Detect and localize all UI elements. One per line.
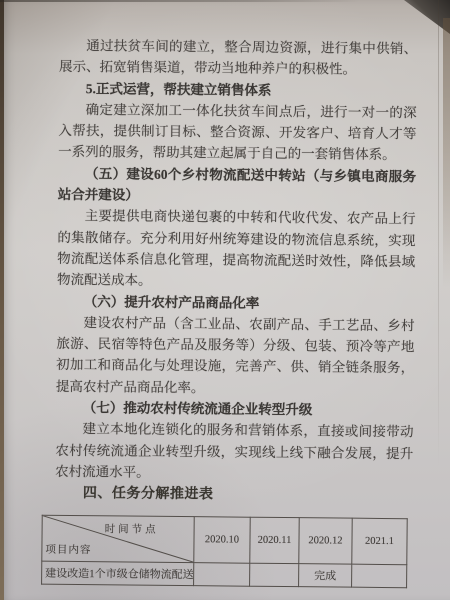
body-paragraph: 通过扶贫车间的建立，整合周边资源，进行集中供销、展示、拓宽销售渠道，带动当地种养… <box>59 35 417 81</box>
corner-label-project-content: 项目内容 <box>45 541 91 556</box>
task-schedule-table: 时间节点 项目内容 2020.10 2020.11 2020.12 2021.1… <box>41 514 408 588</box>
table-corner-cell: 时间节点 项目内容 <box>42 515 194 562</box>
subsection-heading: （五）建设60个乡村物流配送中转站（与乡镇电商服务站合并建设） <box>58 163 416 209</box>
section-heading: 四、任务分解推进表 <box>55 483 413 508</box>
body-paragraph: 确定建立深加工一体化扶贫车间点后，进行一对一的深入帮扶，提供制订目标、整合资源、… <box>58 99 417 166</box>
document-content: 通过扶贫车间的建立，整合周边资源，进行集中供销、展示、拓宽销售渠道，带动当地种养… <box>0 0 450 588</box>
body-paragraph: 建立本地化连锁化的服务和营销体系，直接或间接带动农村传统流通企业转型升级，实现线… <box>55 418 414 485</box>
table-cell: 完成 <box>299 563 352 587</box>
table-cell <box>250 563 299 586</box>
column-header: 2020.10 <box>194 516 250 563</box>
column-header: 2020.11 <box>250 517 299 563</box>
page-right-edge <box>443 18 450 288</box>
table-row: 建设改造1个市级仓储物流配送中心 完成 <box>42 561 407 588</box>
corner-label-time-node: 时间节点 <box>105 521 159 537</box>
column-header: 2021.1 <box>352 518 407 565</box>
underlying-page-edge <box>438 0 439 468</box>
desk-edge <box>0 0 4 600</box>
body-paragraph: 建设农村产品（含工业品、农副产品、手工艺品、乡村旅游、民宿等特色产品及服务等）分… <box>56 312 415 401</box>
body-paragraph: 主要提供电商快递包裹的中转和代收代发、农产品上行的集散储存。充分利用好州统筹建设… <box>57 205 416 294</box>
paper-page: 通过扶贫车间的建立，整合周边资源，进行集中供销、展示、拓宽销售渠道，带动当地种养… <box>0 0 450 600</box>
table-cell <box>194 562 250 586</box>
row-label: 建设改造1个市级仓储物流配送中心 <box>42 561 194 585</box>
photo-top-shadow <box>0 0 450 2</box>
photo-background: 通过扶贫车间的建立，整合周边资源，进行集中供销、展示、拓宽销售渠道，带动当地种养… <box>0 0 450 600</box>
table-cell <box>352 564 407 588</box>
column-header: 2020.12 <box>299 517 352 564</box>
table-header-row: 时间节点 项目内容 2020.10 2020.11 2020.12 2021.1 <box>42 515 407 565</box>
